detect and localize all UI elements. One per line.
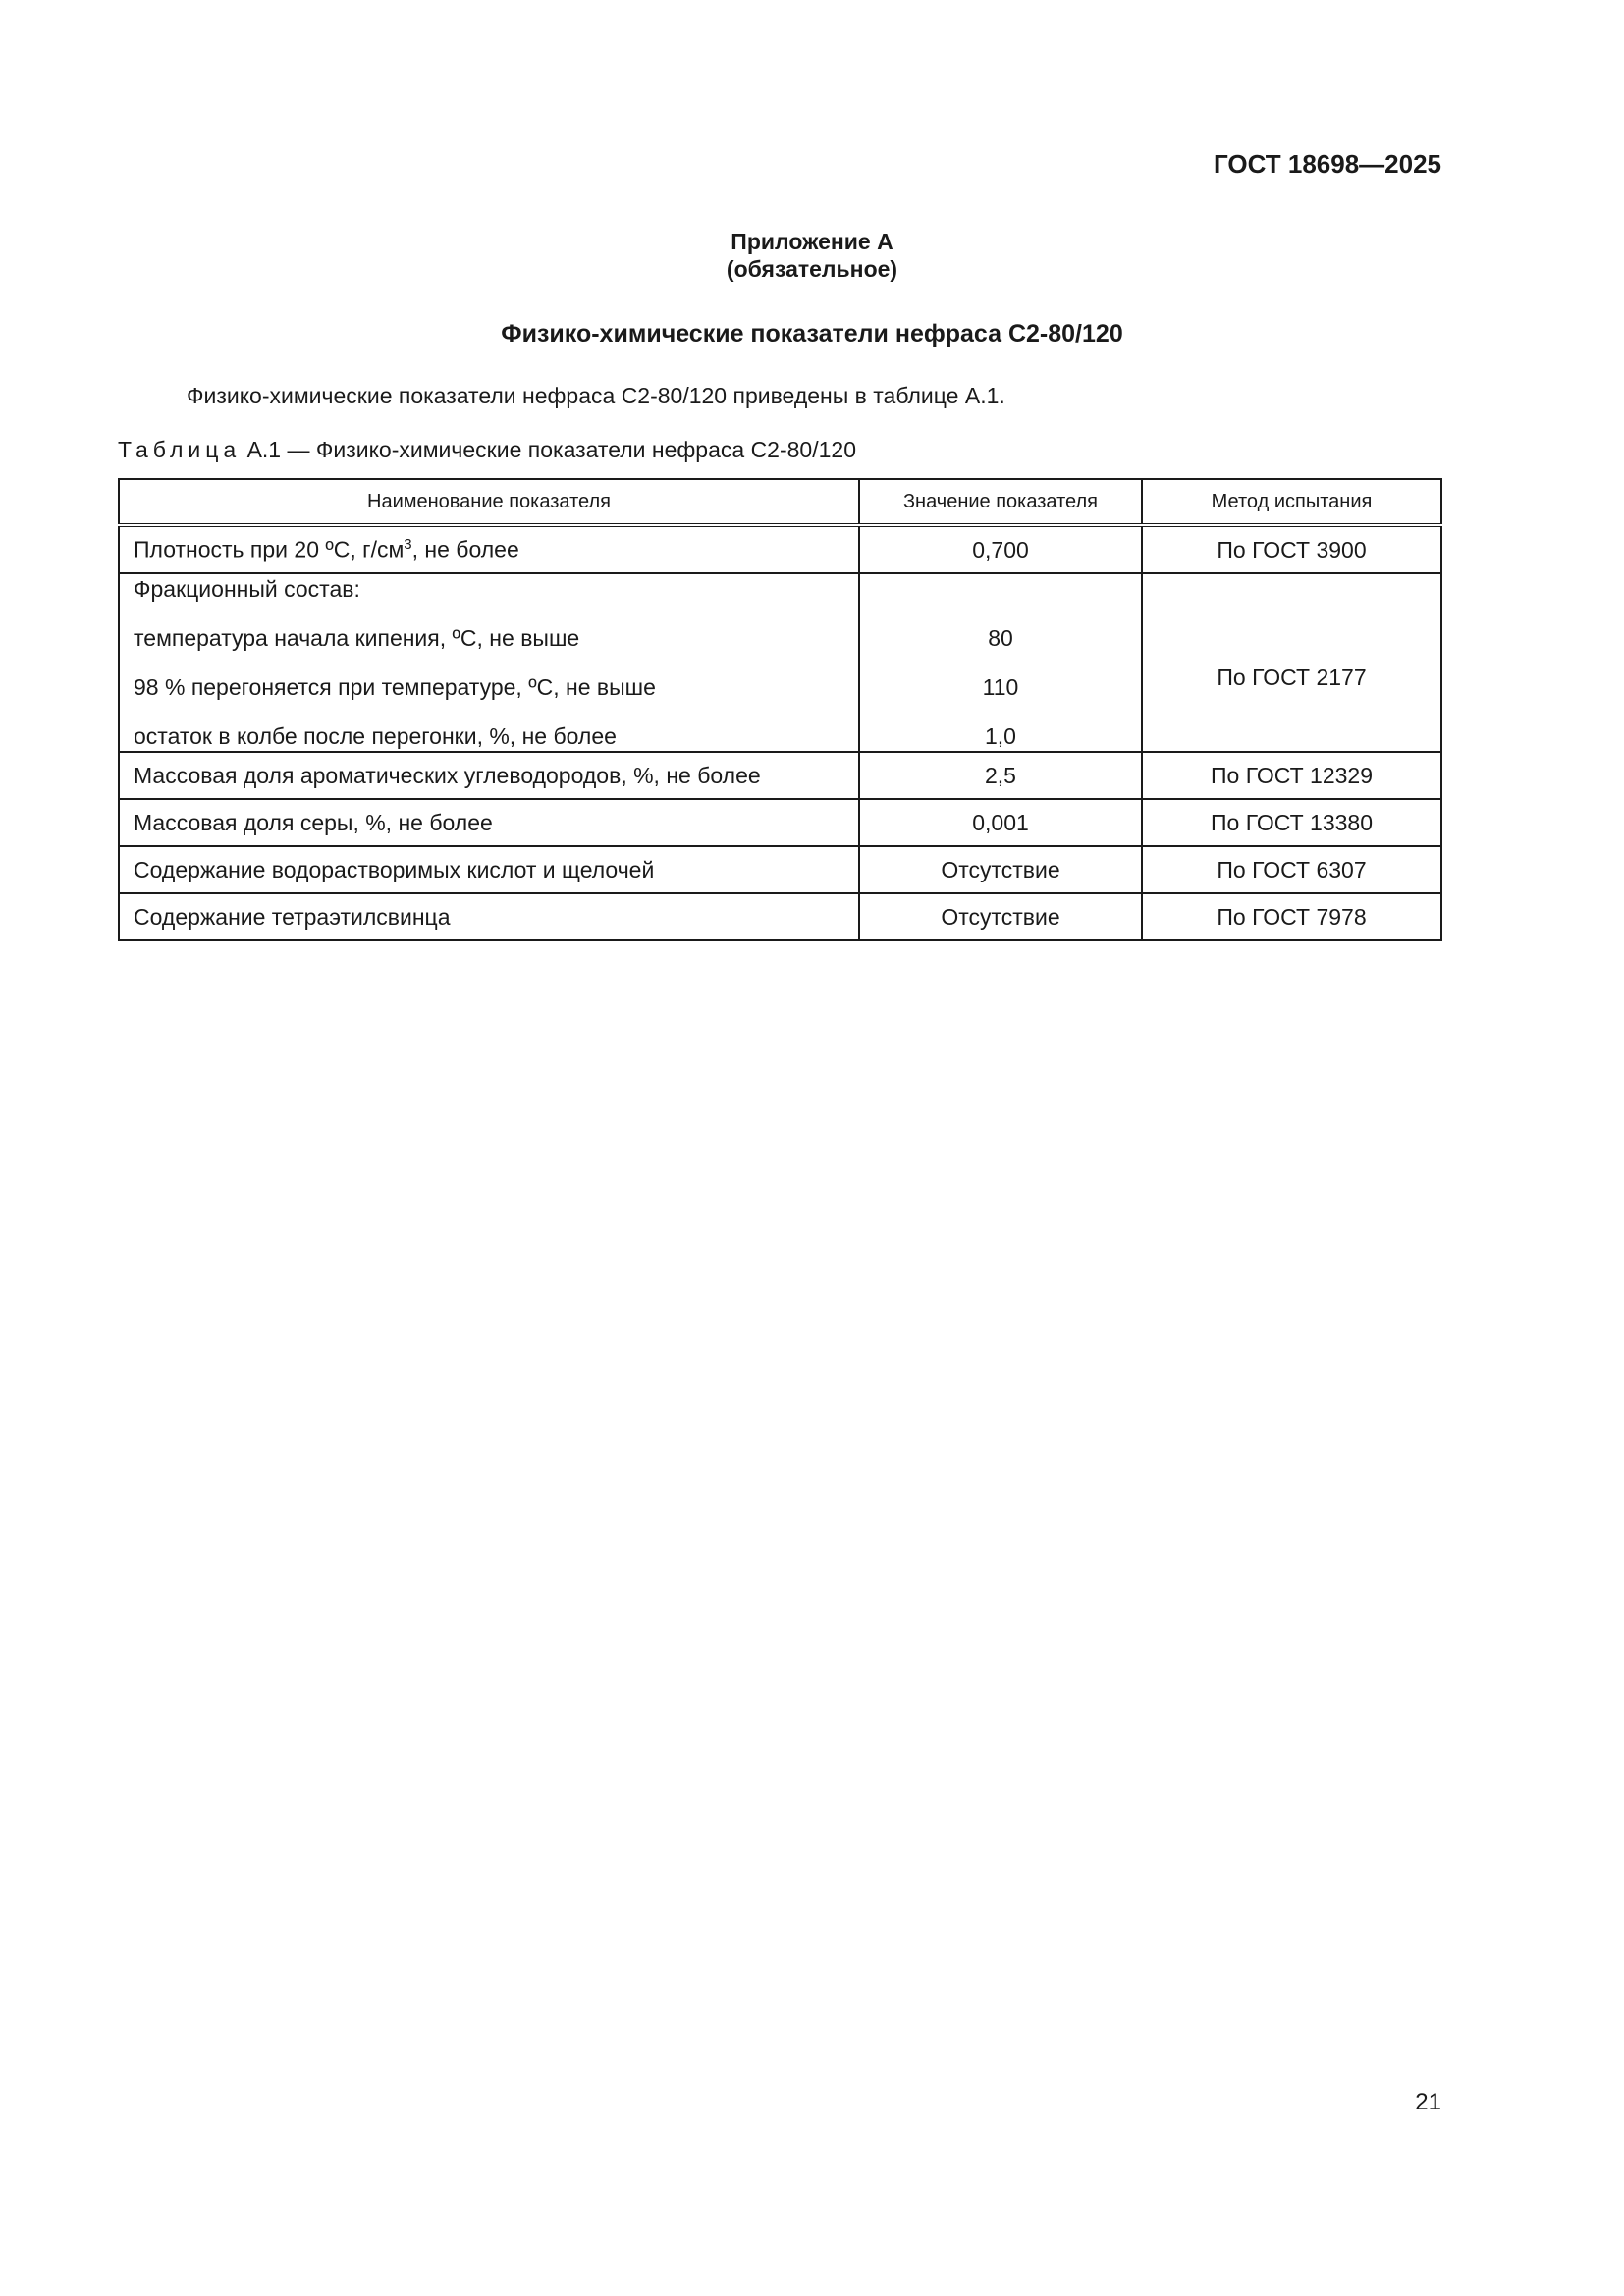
group-label: Фракционный состав: — [134, 574, 844, 623]
table-row: Фракционный состав: температура начала к… — [119, 573, 1441, 752]
cell-value: Отсутствие — [859, 893, 1142, 940]
table-caption-text: А.1 — Физико-химические показатели нефра… — [241, 437, 856, 462]
table-row: Плотность при 20 ºС, г/см3, не более 0,7… — [119, 525, 1441, 573]
cell-value: 0,700 — [859, 525, 1142, 573]
document-code: ГОСТ 18698—2025 — [1214, 149, 1441, 180]
sub-item-name: остаток в колбе после перегонки, %, не б… — [134, 721, 844, 751]
table-row: Содержание тетраэтилсвинца Отсутствие По… — [119, 893, 1441, 940]
cell-method: По ГОСТ 13380 — [1142, 799, 1441, 846]
cell-value: Отсутствие — [859, 846, 1142, 893]
cell-method: По ГОСТ 12329 — [1142, 752, 1441, 799]
page-number: 21 — [1415, 2089, 1441, 2116]
table-row: Массовая доля серы, %, не более 0,001 По… — [119, 799, 1441, 846]
cell-name: Содержание водорастворимых кислот и щело… — [119, 846, 859, 893]
superscript: 3 — [404, 536, 411, 553]
cell-method: По ГОСТ 6307 — [1142, 846, 1441, 893]
cell-name: Фракционный состав: температура начала к… — [119, 573, 859, 752]
appendix-status: (обязательное) — [0, 255, 1624, 283]
table-header-row: Наименование показателя Значение показат… — [119, 479, 1441, 525]
cell-method: По ГОСТ 7978 — [1142, 893, 1441, 940]
cell-name: Массовая доля серы, %, не более — [119, 799, 859, 846]
cell-name-tail: , не более — [412, 537, 519, 562]
sub-item-value: 110 — [874, 672, 1127, 721]
cell-value: 2,5 — [859, 752, 1142, 799]
column-header-method: Метод испытания — [1142, 479, 1441, 525]
table-caption-prefix: Таблица — [118, 437, 241, 462]
cell-method: По ГОСТ 3900 — [1142, 525, 1441, 573]
properties-table: Наименование показателя Значение показат… — [118, 478, 1442, 941]
sub-item-value: 1,0 — [874, 721, 1127, 751]
intro-paragraph: Физико-химические показатели нефраса С2-… — [187, 383, 1005, 409]
sub-item-value: 80 — [874, 623, 1127, 672]
table-caption: Таблица А.1 — Физико-химические показате… — [118, 437, 856, 463]
sub-item-name: температура начала кипения, ºС, не выше — [134, 623, 844, 672]
cell-value: 0,001 — [859, 799, 1142, 846]
cell-name-text: Плотность при 20 ºС, г/см — [134, 537, 404, 562]
table-row: Массовая доля ароматических углеводородо… — [119, 752, 1441, 799]
sub-item-name: 98 % перегоняется при температуре, ºС, н… — [134, 672, 844, 721]
column-header-name: Наименование показателя — [119, 479, 859, 525]
cell-value: 80 110 1,0 — [859, 573, 1142, 752]
cell-name: Плотность при 20 ºС, г/см3, не более — [119, 525, 859, 573]
appendix-heading: Приложение А (обязательное) — [0, 228, 1624, 283]
table-row: Содержание водорастворимых кислот и щело… — [119, 846, 1441, 893]
cell-name: Содержание тетраэтилсвинца — [119, 893, 859, 940]
column-header-value: Значение показателя — [859, 479, 1142, 525]
cell-method: По ГОСТ 2177 — [1142, 573, 1441, 752]
appendix-title: Физико-химические показатели нефраса С2-… — [0, 320, 1624, 348]
appendix-label: Приложение А — [0, 228, 1624, 255]
cell-name: Массовая доля ароматических углеводородо… — [119, 752, 859, 799]
group-method: По ГОСТ 2177 — [1157, 663, 1427, 712]
